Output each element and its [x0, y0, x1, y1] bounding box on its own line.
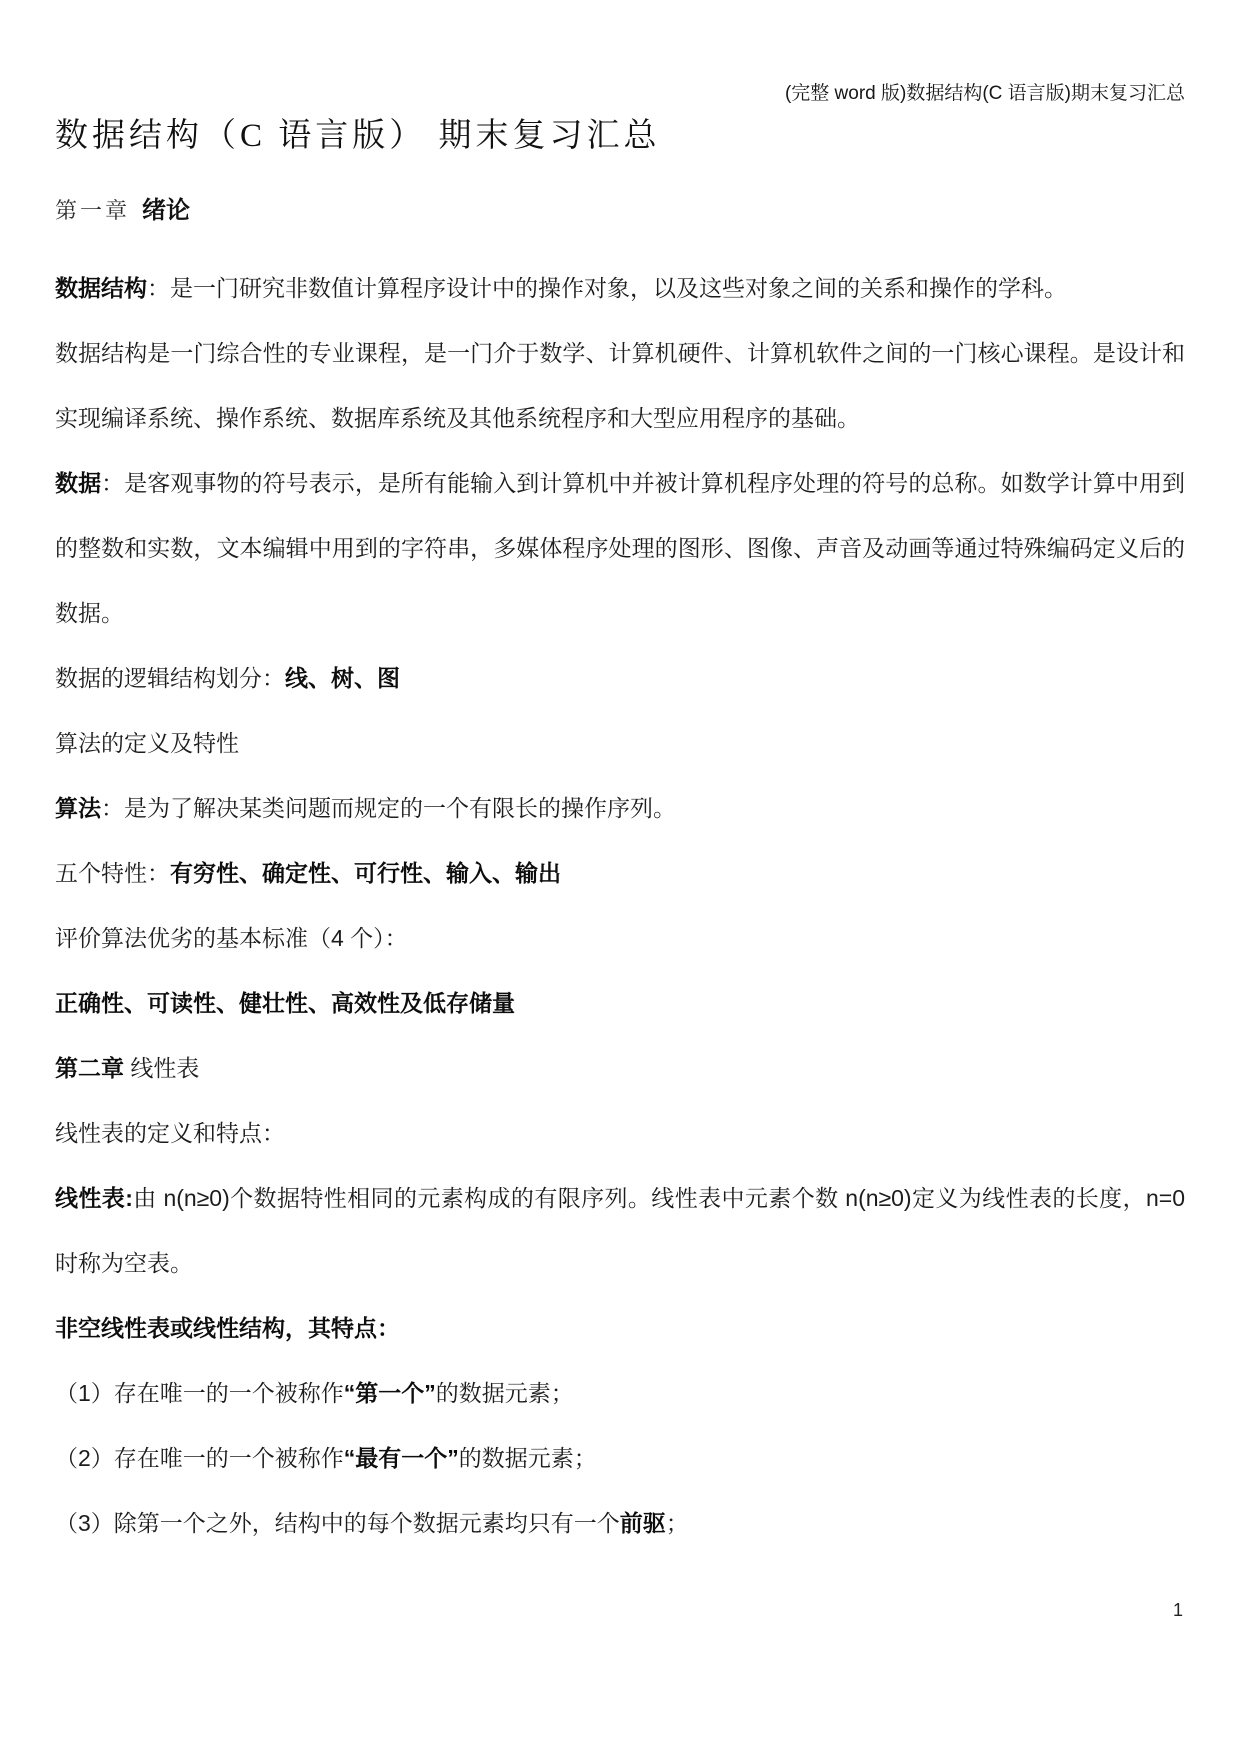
- chapter1-label: 第一章: [55, 198, 130, 223]
- label-text: 五个特性：: [55, 860, 170, 886]
- chapter2-label: 第二章: [55, 1055, 124, 1081]
- heading-nonempty-features: 非空线性表或线性结构，其特点：: [55, 1315, 400, 1341]
- chapter1-heading: 第一章绪论: [55, 190, 190, 225]
- keywords-five-properties: 有穷性、确定性、可行性、输入、输出: [170, 860, 561, 886]
- paragraph-linear-list-intro: 线性表的定义和特点：: [55, 1101, 1185, 1166]
- keyword-predecessor: 前驱: [620, 1510, 666, 1536]
- document-page: (完整 word 版)数据结构(C 语言版)期末复习汇总 数据结构（C 语言版）…: [0, 0, 1241, 1754]
- item-text: ；: [666, 1510, 689, 1536]
- definition-text: ：是客观事物的符号表示，是所有能输入到计算机中并被计算机程序处理的符号的总称。如…: [55, 470, 1185, 626]
- paragraph-nonempty-list-features: 非空线性表或线性结构，其特点：: [55, 1296, 1185, 1361]
- label-text: 算法的定义及特性: [55, 730, 239, 756]
- chapter2-name: 线性表: [124, 1055, 199, 1081]
- paragraph-evaluation-criteria: 正确性、可读性、健壮性、高效性及低存储量: [55, 971, 1185, 1036]
- item-text: （1）存在唯一的一个被称作: [55, 1380, 344, 1406]
- item-text: 的数据元素；: [436, 1380, 574, 1406]
- item-text: （3）除第一个之外，结构中的每个数据元素均只有一个: [55, 1510, 620, 1536]
- list-item-2: （2）存在唯一的一个被称作“最有一个”的数据元素；: [55, 1426, 1185, 1491]
- term-linear-list: 线性表:: [55, 1185, 133, 1211]
- term-data-structure: 数据结构: [55, 275, 147, 301]
- chapter1-name: 绪论: [142, 197, 190, 224]
- document-header-text: (完整 word 版)数据结构(C 语言版)期末复习汇总: [785, 82, 1185, 106]
- paragraph-algorithm-section-label: 算法的定义及特性: [55, 711, 1185, 776]
- paragraph-algorithm-definition: 算法：是为了解决某类问题而规定的一个有限长的操作序列。: [55, 776, 1185, 841]
- paragraph-text: 数据结构是一门综合性的专业课程，是一门介于数学、计算机硬件、计算机软件之间的一门…: [55, 340, 1185, 431]
- paragraph-linear-list-definition: 线性表:由 n(n≥0)个数据特性相同的元素构成的有限序列。线性表中元素个数 n…: [55, 1166, 1185, 1296]
- document-body: 数据结构：是一门研究非数值计算程序设计中的操作对象，以及这些对象之间的关系和操作…: [55, 256, 1185, 1556]
- paragraph-data-definition: 数据：是客观事物的符号表示，是所有能输入到计算机中并被计算机程序处理的符号的总称…: [55, 451, 1185, 646]
- list-item-3: （3）除第一个之外，结构中的每个数据元素均只有一个前驱；: [55, 1491, 1185, 1556]
- page-title: 数据结构（C 语言版） 期末复习汇总: [55, 114, 661, 158]
- item-text: （2）存在唯一的一个被称作: [55, 1445, 344, 1471]
- paragraph-evaluation-criteria-label: 评价算法优劣的基本标准（4 个）：: [55, 906, 1185, 971]
- definition-text: ：是为了解决某类问题而规定的一个有限长的操作序列。: [101, 795, 676, 821]
- keywords-line-tree-graph: 线、树、图: [285, 665, 400, 691]
- list-item-1: （1）存在唯一的一个被称作“第一个”的数据元素；: [55, 1361, 1185, 1426]
- paragraph-five-properties: 五个特性：有穷性、确定性、可行性、输入、输出: [55, 841, 1185, 906]
- term-data: 数据: [55, 470, 101, 496]
- term-algorithm: 算法: [55, 795, 101, 821]
- label-text: 线性表的定义和特点：: [55, 1120, 285, 1146]
- page-number: 1: [1173, 1600, 1183, 1621]
- chapter2-heading: 第二章 线性表: [55, 1036, 1185, 1101]
- label-text: 数据的逻辑结构划分：: [55, 665, 285, 691]
- definition-text: 由 n(n≥0)个数据特性相同的元素构成的有限序列。线性表中元素个数 n(n≥0…: [55, 1185, 1185, 1276]
- paragraph-data-structure-definition: 数据结构：是一门研究非数值计算程序设计中的操作对象，以及这些对象之间的关系和操作…: [55, 256, 1185, 321]
- paragraph-course-description: 数据结构是一门综合性的专业课程，是一门介于数学、计算机硬件、计算机软件之间的一门…: [55, 321, 1185, 451]
- definition-text: ：是一门研究非数值计算程序设计中的操作对象，以及这些对象之间的关系和操作的学科。: [147, 275, 1067, 301]
- item-text: 的数据元素；: [459, 1445, 597, 1471]
- paragraph-logical-structure: 数据的逻辑结构划分：线、树、图: [55, 646, 1185, 711]
- keyword-first: “第一个”: [344, 1380, 436, 1406]
- keywords-criteria: 正确性、可读性、健壮性、高效性及低存储量: [55, 990, 515, 1016]
- label-text: 评价算法优劣的基本标准（4 个）：: [55, 925, 408, 951]
- keyword-last: “最有一个”: [344, 1445, 459, 1471]
